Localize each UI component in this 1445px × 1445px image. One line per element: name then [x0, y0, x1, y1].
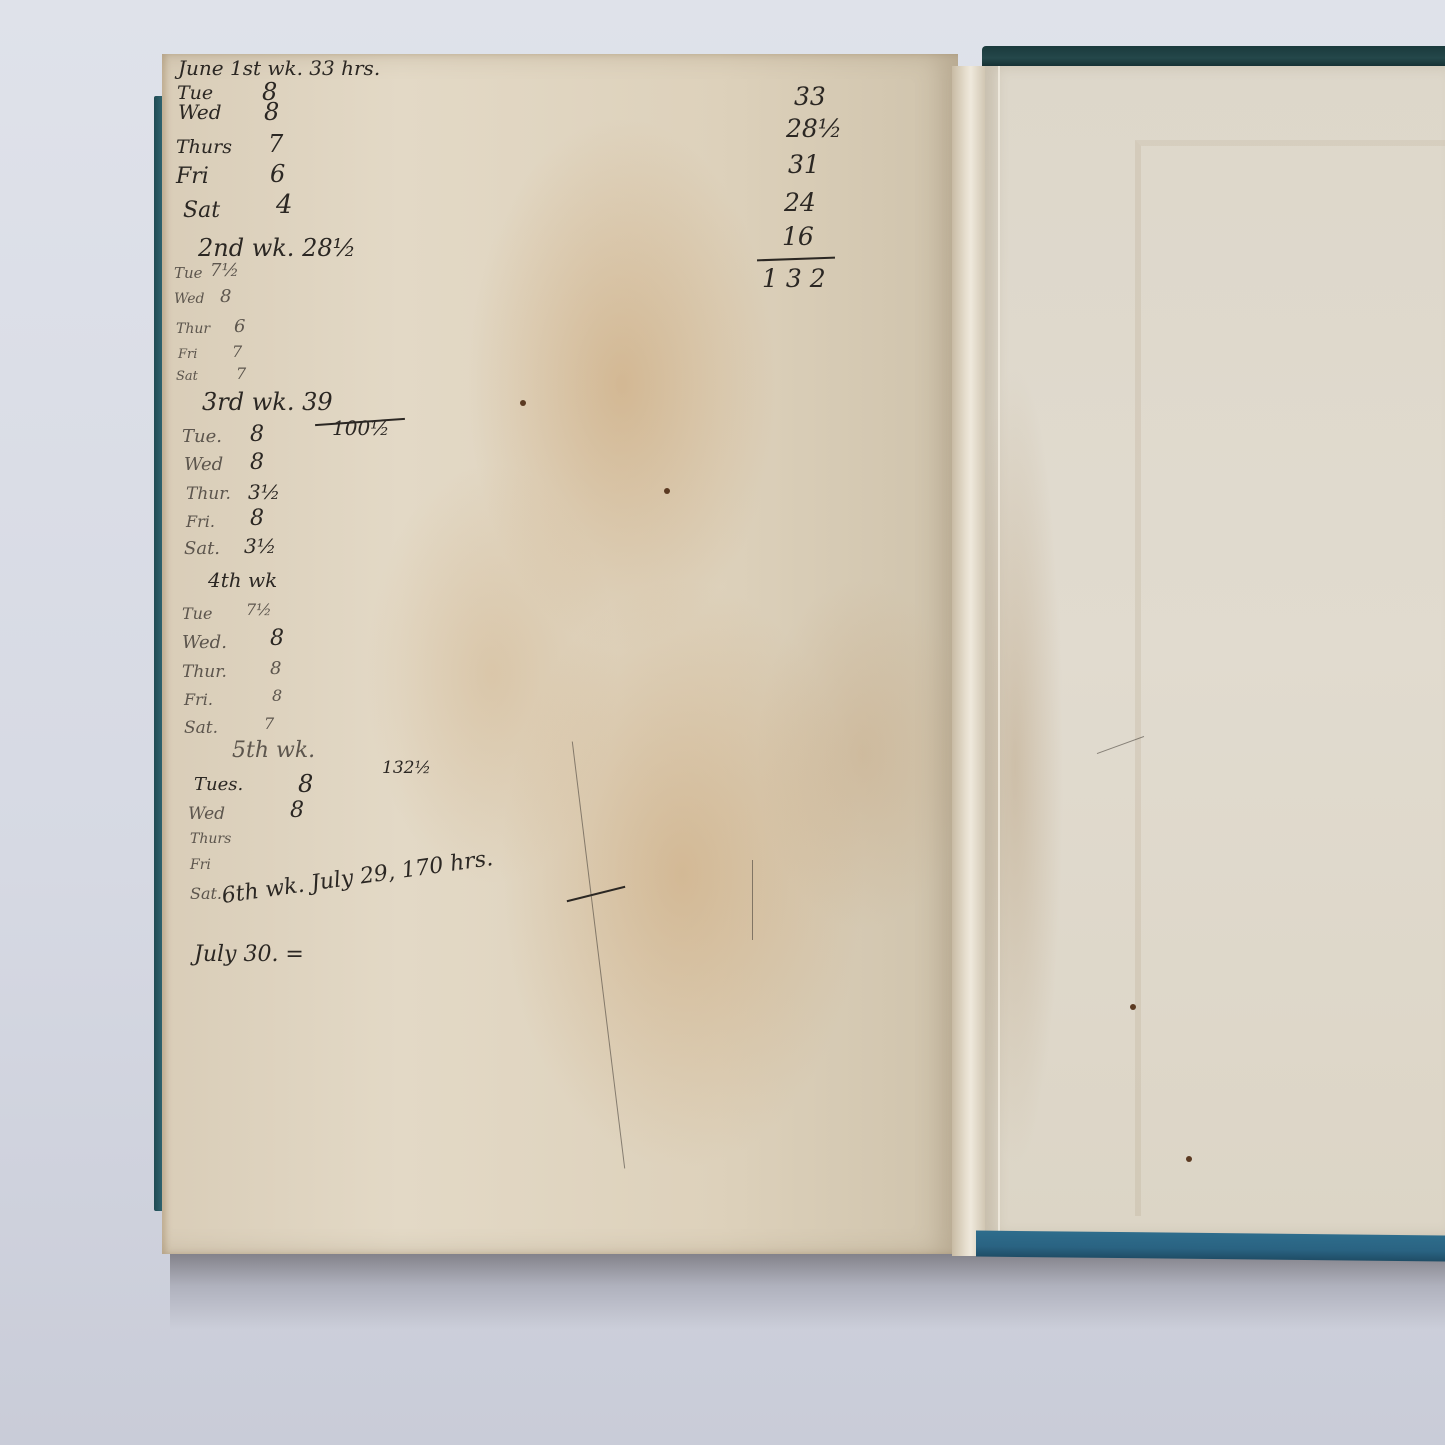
tally-hours: 8: [270, 628, 284, 650]
tally-day: Fri.: [184, 692, 213, 708]
tally-day: Thur.: [182, 664, 227, 681]
tally-day: Fri: [190, 858, 211, 872]
tally-hours: 8: [250, 452, 264, 474]
tally-hours: 8: [220, 288, 231, 306]
tally-day: Fri: [178, 348, 197, 361]
tally-hours: 8: [250, 508, 264, 530]
tally-hours: 8: [264, 100, 279, 124]
sum-value: 33: [794, 84, 826, 109]
tally-hours: 7: [264, 716, 274, 732]
tally-hours: 4: [276, 192, 293, 218]
ink-spot: [1130, 1004, 1136, 1010]
tally-day: Thur: [176, 322, 210, 336]
running-total: 132½: [382, 760, 431, 777]
tally-day: Tue: [174, 266, 203, 281]
tally-day: Sat.: [190, 886, 222, 902]
pencil-scribble: [752, 860, 753, 940]
week-header: 3rd wk. 39: [202, 390, 333, 414]
tally-day: Wed: [174, 292, 205, 306]
tally-day: Tues.: [194, 776, 243, 794]
tally-day: Sat: [183, 200, 220, 222]
tally-hours: 8: [270, 660, 281, 678]
sum-total: 132: [762, 266, 834, 291]
book-gutter: [952, 66, 986, 1256]
tally-header: June 1st wk. 33 hrs.: [178, 58, 380, 78]
tally-day: Sat.: [184, 720, 218, 737]
tally-hours: 7: [268, 132, 283, 156]
sum-value: 31: [788, 152, 820, 177]
ink-spot: [1186, 1156, 1192, 1162]
tally-hours: 6: [234, 318, 245, 336]
tally-hours: 7: [236, 366, 246, 382]
tally-day: Thurs: [190, 832, 231, 846]
tally-hours: 7: [232, 344, 242, 360]
tally-day: Fri.: [186, 514, 215, 530]
tally-hours: 8: [250, 424, 264, 446]
sum-value: 16: [782, 224, 814, 249]
tally-hours: 3½: [248, 482, 280, 502]
ink-spot: [664, 488, 670, 494]
running-total: 100½: [332, 418, 390, 438]
tally-day: Wed: [184, 456, 223, 474]
tally-hours: 8: [290, 800, 304, 822]
sum-value: 24: [784, 190, 816, 215]
tally-hours: 8: [298, 772, 313, 796]
cover-board-impression: [1135, 140, 1445, 1216]
book-shadow: [170, 1250, 1445, 1330]
right-cover-bottom-edge: [976, 1231, 1445, 1262]
tally-hours: 7½: [246, 602, 272, 618]
hinge-line: [998, 66, 1000, 1256]
tally-day: Tue: [182, 606, 212, 622]
tally-day: Tue.: [182, 428, 222, 446]
week-header: 2nd wk. 28½: [198, 236, 356, 260]
final-entry: July 30. =: [194, 944, 304, 966]
right-cover-top-edge: [982, 46, 1445, 66]
tally-day: Sat.: [184, 540, 220, 558]
tally-day: Thurs: [176, 138, 232, 157]
ink-spot: [520, 400, 526, 406]
sum-value: 28½: [786, 116, 842, 141]
tally-day: Wed: [188, 806, 225, 823]
tally-day: Sat: [176, 370, 198, 383]
week-header: 4th wk: [208, 570, 277, 590]
tally-day: Fri: [176, 166, 209, 188]
week-header: 5th wk.: [232, 740, 315, 762]
tally-day: Wed.: [182, 634, 227, 652]
tally-hours: 3½: [244, 536, 276, 556]
tally-day: Wed: [178, 102, 222, 122]
tally-day: Thur.: [186, 486, 231, 503]
tally-hours: 8: [272, 688, 282, 704]
tally-hours: 7½: [210, 262, 239, 280]
tally-hours: 6: [270, 162, 285, 186]
